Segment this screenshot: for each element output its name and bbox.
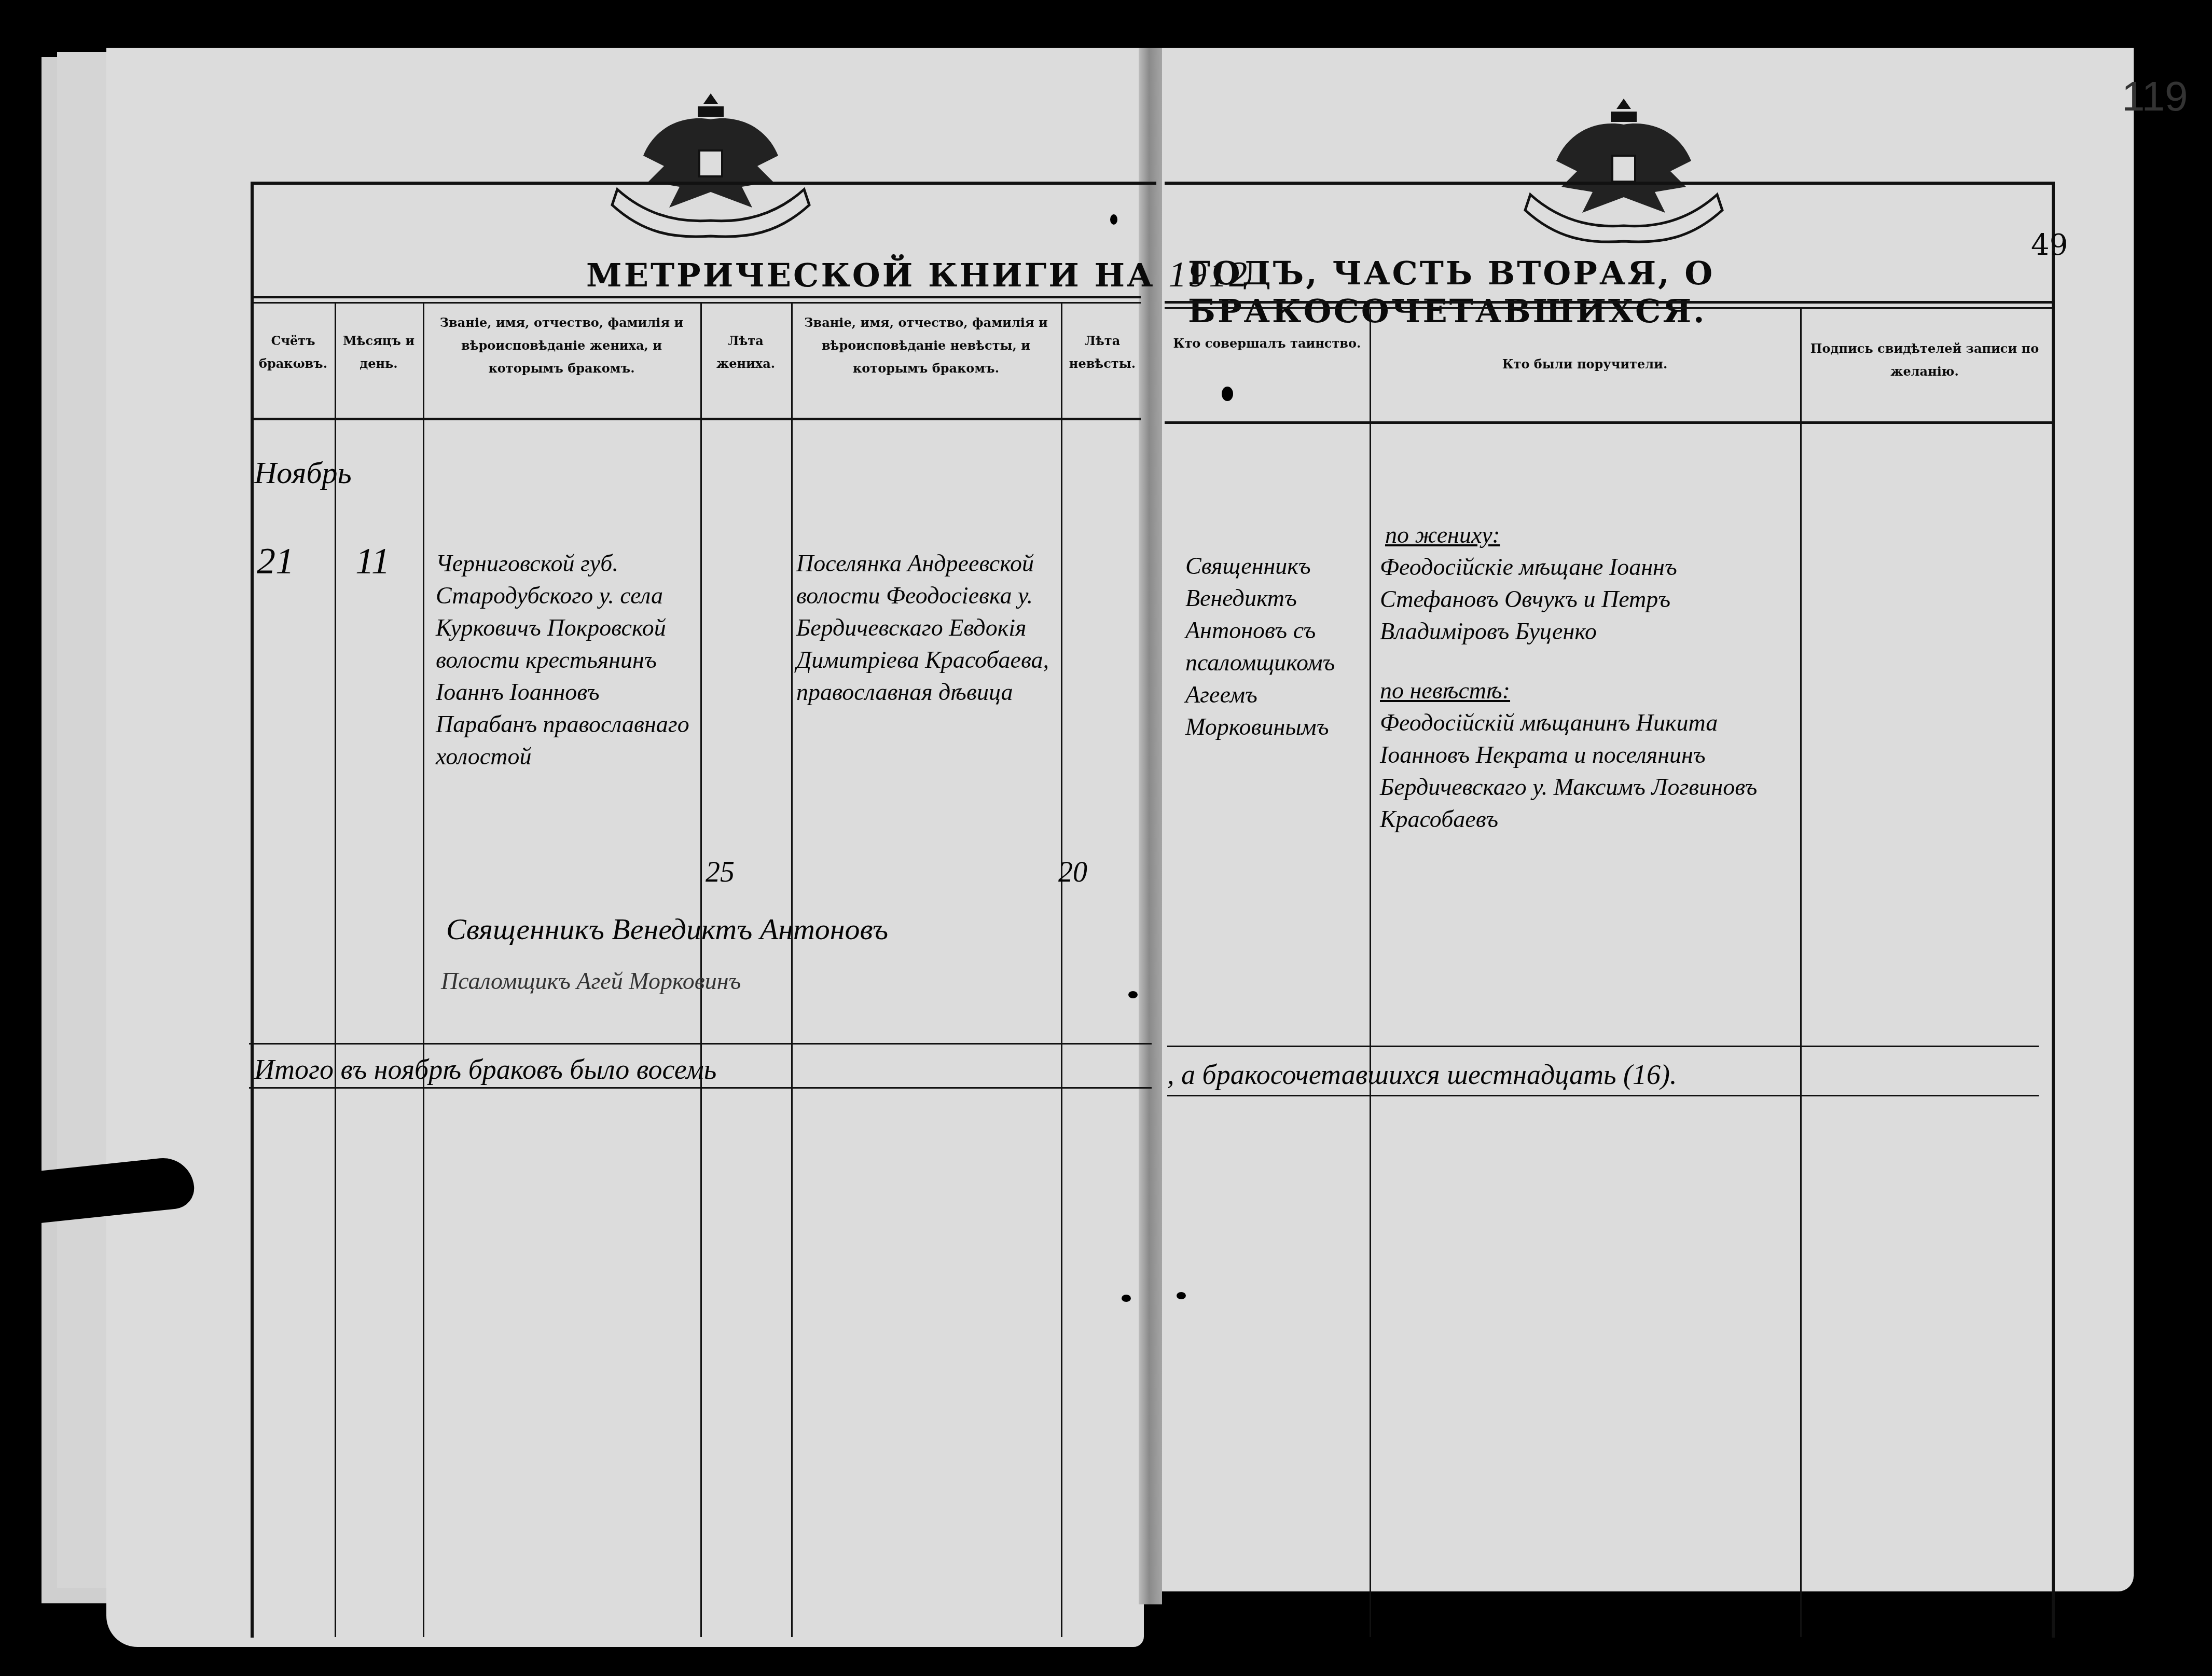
staple-hole	[1122, 1295, 1131, 1302]
column-header-bride: Званіе, имя, отчество, фамилія и вѣроисп…	[794, 311, 1058, 380]
column-divider	[335, 304, 336, 1637]
column-header-groom-age: Лѣта жениха.	[703, 329, 789, 375]
staple-hole	[1128, 991, 1138, 998]
header-rule-top-2	[254, 302, 1141, 304]
entry-sureties-bride: Феодосійскій мѣщанинъ Никита Іоанновъ Не…	[1380, 707, 1795, 835]
register-title-left: МЕТРИЧЕСКОЙ КНИГИ НА 1912	[586, 254, 1249, 296]
entry-bride-age: 20	[1058, 856, 1087, 888]
column-header-groom: Званіе, имя, отчество, фамилія и вѣроисп…	[425, 311, 698, 380]
ink-blot	[1222, 387, 1233, 401]
register-title-right: ГОДЪ, ЧАСТЬ ВТОРАЯ, О БРАКОСОЧЕТАВШИХСЯ.	[1188, 254, 2212, 330]
register-frame-right	[1165, 182, 2055, 1638]
entry-groom-age: 25	[706, 856, 735, 888]
summary-rule-bottom	[1167, 1095, 2039, 1096]
column-divider	[423, 304, 424, 1637]
column-header-signatures: Подпись свидѣтелей записи по желанію.	[1803, 337, 2047, 383]
entry-groom: Черниговской губ. Стародубского у. села …	[436, 547, 695, 773]
priest-signature: Священникъ Венедиктъ Антоновъ	[446, 913, 888, 945]
column-header-sureties: Кто были поручители.	[1372, 353, 1798, 376]
header-rule-top	[254, 296, 1141, 298]
entry-sureties-groom: Феодосійскіе мѣщане Іоаннъ Стефановъ Овч…	[1380, 551, 1795, 648]
column-header-bride-age: Лѣта невѣсты.	[1063, 329, 1141, 375]
register-frame-left	[251, 182, 1156, 1638]
summary-rule-bottom	[249, 1087, 1152, 1089]
entry-sureties-bride-label: по невѣстѣ:	[1380, 675, 1510, 707]
summary-rule-top	[249, 1043, 1152, 1045]
column-divider	[791, 304, 793, 1637]
column-divider	[1061, 304, 1062, 1637]
psalmist-signature: Псаломщикъ Агей Морковинъ	[441, 965, 741, 997]
summary-right: , а бракосочетавшихся шестнадцать (16).	[1167, 1059, 1677, 1091]
column-divider	[1800, 309, 1802, 1637]
staple-hole	[1110, 214, 1117, 225]
column-divider	[1370, 309, 1371, 1637]
column-header-month-day: Мѣсяцъ и день.	[337, 329, 420, 375]
header-rule-bottom	[254, 418, 1141, 420]
staple-hole	[1177, 1292, 1186, 1299]
month-heading: Ноябрь	[254, 457, 352, 489]
summary-left: Итого въ ноябрѣ браковъ было восемь	[254, 1053, 716, 1086]
summary-rule-top	[1167, 1046, 2039, 1047]
archive-folio-number: 119	[2122, 73, 2188, 120]
printed-page-number: 49	[2031, 228, 2068, 262]
entry-bride: Поселянка Андреевской волости Феодосіевк…	[796, 547, 1056, 708]
entry-count: 21	[257, 545, 294, 577]
entry-officiant: Священникъ Венедиктъ Антоновъ съ псаломщ…	[1185, 550, 1362, 743]
entry-day: 11	[355, 545, 390, 577]
column-header-count: Счётъ бракωвъ.	[254, 329, 332, 375]
header-rule-top	[1165, 301, 2052, 304]
column-header-officiant: Кто совершалъ таинство.	[1167, 332, 1367, 355]
header-rule-bottom	[1165, 421, 2052, 424]
header-rule-top-2	[1165, 307, 2052, 309]
entry-sureties-groom-label: по жениху:	[1385, 519, 1500, 551]
